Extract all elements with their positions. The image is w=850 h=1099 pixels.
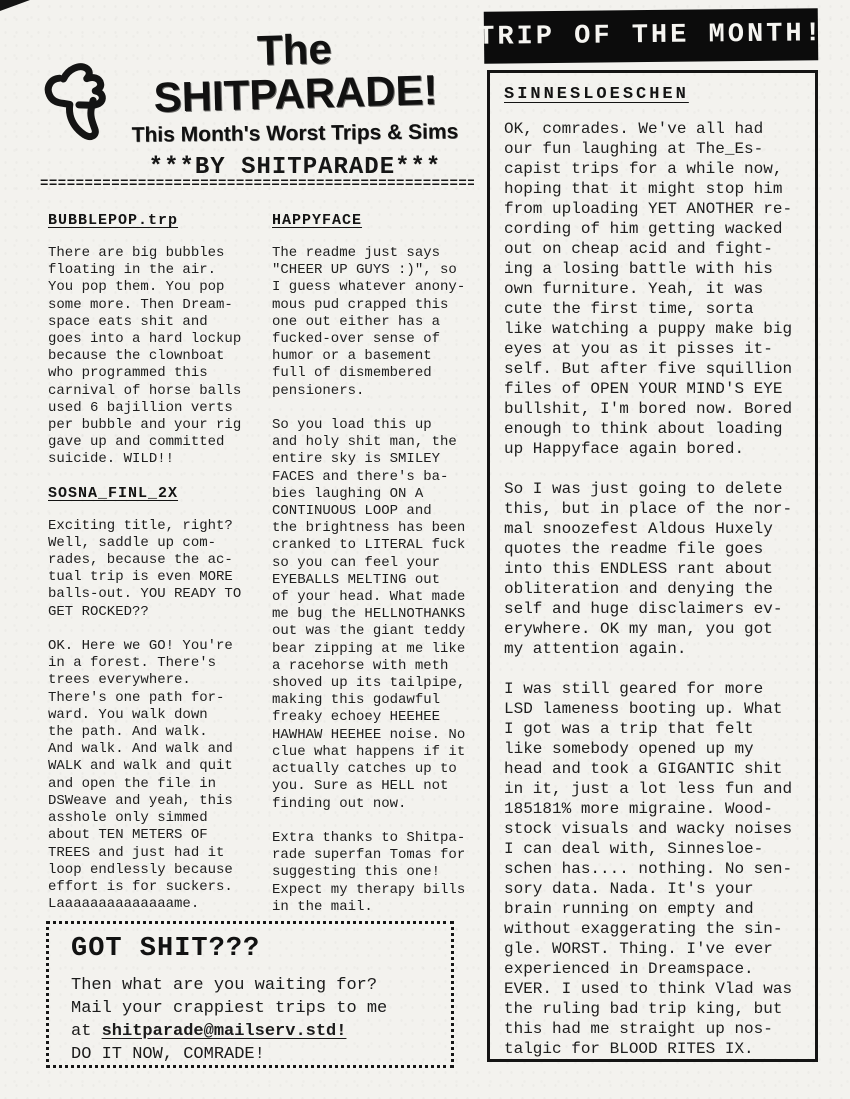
article-body: There are big bubbles floating in the ai… bbox=[48, 245, 269, 469]
corner-mark bbox=[0, 0, 30, 11]
page-subtitle: This Month's Worst Trips & Sims bbox=[114, 120, 476, 148]
page-title: The SHITPARADE! bbox=[113, 23, 477, 121]
got-shit-cta: DO IT NOW, COMRADE! bbox=[71, 1043, 435, 1066]
column-left: BUBBLEPOP.trp There are big bubbles floa… bbox=[48, 212, 269, 913]
article-body: Exciting title, right? Well, saddle up c… bbox=[48, 518, 269, 914]
got-shit-body: Then what are you waiting for? Mail your… bbox=[71, 974, 435, 1066]
article-happyface: HAPPYFACE The readme just says "CHEER UP… bbox=[272, 212, 479, 916]
trip-of-month-box: SINNESLOESCHEN OK, comrades. We've all h… bbox=[487, 70, 818, 1062]
article-sosna: SOSNA_FINL_2X Exciting title, right? Wel… bbox=[48, 485, 269, 914]
article-heading: HAPPYFACE bbox=[272, 212, 479, 229]
got-shit-heading: GOT SHIT??? bbox=[71, 934, 435, 964]
article-bubblepop: BUBBLEPOP.trp There are big bubbles floa… bbox=[48, 212, 269, 469]
email-link[interactable]: shitparade@mailserv.std! bbox=[102, 1022, 347, 1041]
trip-of-month-banner-label: TRIP OF THE MONTH! bbox=[478, 19, 824, 53]
got-shit-email-line: at shitparade@mailserv.std! bbox=[71, 1020, 435, 1043]
zine-page: The SHITPARADE! This Month's Worst Trips… bbox=[0, 0, 850, 1099]
trip-of-month-banner: TRIP OF THE MONTH! bbox=[484, 8, 819, 63]
article-heading: BUBBLEPOP.trp bbox=[48, 212, 269, 229]
article-heading: SOSNA_FINL_2X bbox=[48, 485, 269, 502]
trip-body: OK, comrades. We've all had our fun laug… bbox=[504, 119, 801, 1059]
column-middle: HAPPYFACE The readme just says "CHEER UP… bbox=[272, 212, 479, 916]
divider-rule: ========================================… bbox=[40, 176, 474, 196]
got-shit-line: Mail your crappiest trips to me bbox=[71, 997, 435, 1020]
got-shit-box: GOT SHIT??? Then what are you waiting fo… bbox=[46, 921, 454, 1068]
trip-heading: SINNESLOESCHEN bbox=[504, 85, 801, 104]
article-body: The readme just says "CHEER UP GUYS :)",… bbox=[272, 245, 479, 916]
email-prefix: at bbox=[71, 1022, 102, 1041]
masthead: The SHITPARADE! This Month's Worst Trips… bbox=[36, 28, 476, 181]
masthead-text: The SHITPARADE! This Month's Worst Trips… bbox=[114, 28, 476, 181]
got-shit-line: Then what are you waiting for? bbox=[71, 974, 435, 997]
